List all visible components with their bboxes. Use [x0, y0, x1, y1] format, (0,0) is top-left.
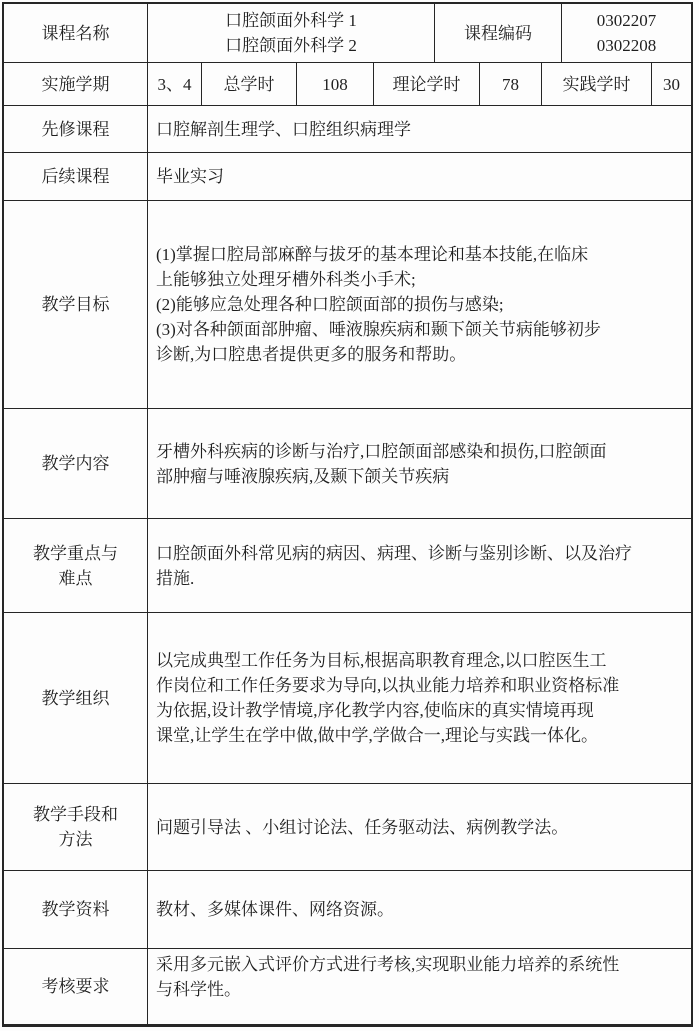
table-row-teaching-key-points: 教学重点与 难点 口腔颌面外科常见病的病因、病理、诊断与鉴别诊断、以及治疗 措施… — [4, 519, 691, 613]
table-row-course-name: 课程名称 口腔颌面外科学 1 口腔颌面外科学 2 课程编码 0302207 03… — [4, 4, 691, 63]
row-content: 问题引导法 、小组讨论法、任务驱动法、病例教学法。 — [148, 784, 691, 870]
row-label: 考核要求 — [4, 949, 148, 1024]
course-syllabus-table: 课程名称 口腔颌面外科学 1 口腔颌面外科学 2 课程编码 0302207 03… — [2, 2, 693, 1027]
table-row-follow-up-courses: 后续课程 毕业实习 — [4, 153, 691, 201]
table-row-teaching-objectives: 教学目标 (1)掌握口腔局部麻醉与拔牙的基本理论和基本技能,在临床 上能够独立处… — [4, 201, 691, 409]
table-row-teaching-materials: 教学资料 教材、多媒体课件、网络资源。 — [4, 871, 691, 949]
theory-hours-value: 78 — [480, 63, 542, 105]
row-label: 教学目标 — [4, 201, 148, 408]
course-code-label: 课程编码 — [435, 4, 562, 62]
document-page: 课程名称 口腔颌面外科学 1 口腔颌面外科学 2 课程编码 0302207 03… — [0, 0, 699, 1031]
row-content: 口腔颌面外科常见病的病因、病理、诊断与鉴别诊断、以及治疗 措施. — [148, 519, 691, 612]
table-row-schedule: 实施学期 3、4 总学时 108 理论学时 78 实践学时 30 — [4, 63, 691, 106]
table-row-teaching-content: 教学内容 牙槽外科疾病的诊断与治疗,口腔颌面部感染和损伤,口腔颌面 部肿瘤与唾液… — [4, 409, 691, 519]
row-label: 先修课程 — [4, 106, 148, 152]
row-content: 口腔解剖生理学、口腔组织病理学 — [148, 106, 691, 152]
table-row-teaching-methods: 教学手段和 方法 问题引导法 、小组讨论法、任务驱动法、病例教学法。 — [4, 784, 691, 871]
theory-hours-label: 理论学时 — [374, 63, 480, 105]
course-name-label: 课程名称 — [4, 4, 148, 62]
row-label: 后续课程 — [4, 153, 148, 200]
row-content: 采用多元嵌入式评价方式进行考核,实现职业能力培养的系统性 与科学性。 — [148, 949, 691, 1024]
row-content: (1)掌握口腔局部麻醉与拔牙的基本理论和基本技能,在临床 上能够独立处理牙槽外科… — [148, 201, 691, 408]
course-code-value: 0302207 0302208 — [562, 4, 691, 62]
course-name-value: 口腔颌面外科学 1 口腔颌面外科学 2 — [148, 4, 435, 62]
table-row-prerequisite-courses: 先修课程 口腔解剖生理学、口腔组织病理学 — [4, 106, 691, 153]
practice-hours-label: 实践学时 — [542, 63, 652, 105]
row-content: 以完成典型工作任务为目标,根据高职教育理念,以口腔医生工 作岗位和工作任务要求为… — [148, 613, 691, 783]
semester-label: 实施学期 — [4, 63, 148, 105]
row-label: 教学内容 — [4, 409, 148, 518]
row-content: 教材、多媒体课件、网络资源。 — [148, 871, 691, 948]
table-row-assessment-requirements: 考核要求 采用多元嵌入式评价方式进行考核,实现职业能力培养的系统性 与科学性。 — [4, 949, 691, 1024]
table-row-teaching-organization: 教学组织 以完成典型工作任务为目标,根据高职教育理念,以口腔医生工 作岗位和工作… — [4, 613, 691, 784]
total-hours-value: 108 — [297, 63, 374, 105]
row-content: 牙槽外科疾病的诊断与治疗,口腔颌面部感染和损伤,口腔颌面 部肿瘤与唾液腺疾病,及… — [148, 409, 691, 518]
semester-value: 3、4 — [148, 63, 202, 105]
practice-hours-value: 30 — [652, 63, 691, 105]
row-label: 教学手段和 方法 — [4, 784, 148, 870]
row-label: 教学组织 — [4, 613, 148, 783]
row-content: 毕业实习 — [148, 153, 691, 200]
row-label: 教学资料 — [4, 871, 148, 948]
total-hours-label: 总学时 — [202, 63, 297, 105]
row-label: 教学重点与 难点 — [4, 519, 148, 612]
